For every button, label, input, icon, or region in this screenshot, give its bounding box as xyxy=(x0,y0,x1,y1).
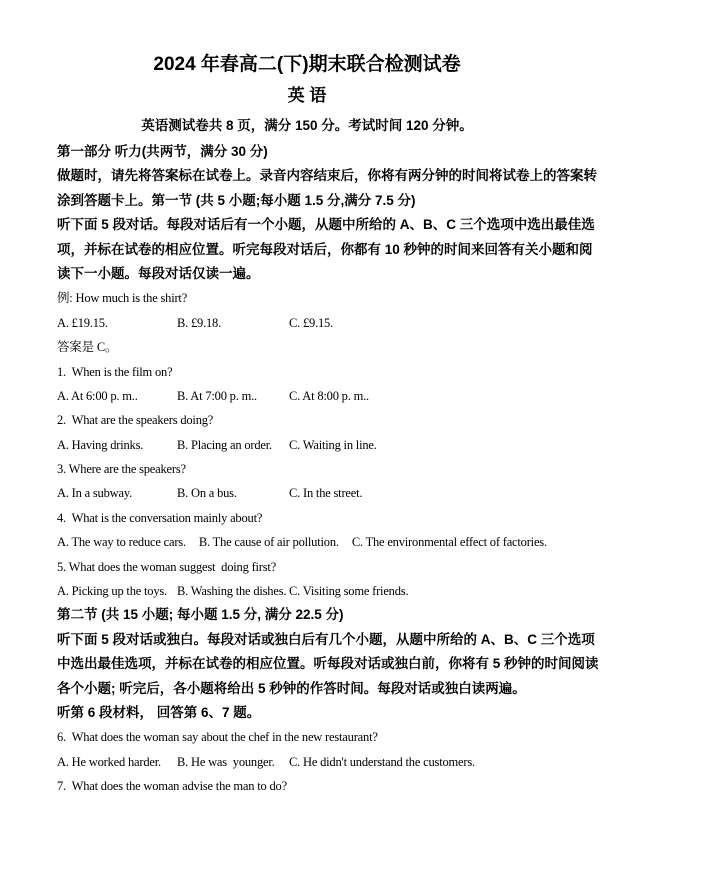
question-6-options: A. He worked harder. B. He was younger. … xyxy=(57,750,577,774)
question-5-text: 5. What does the woman suggest doing fir… xyxy=(57,555,577,579)
question-3-option-b: B. On a bus. xyxy=(177,481,289,505)
question-4-option-b: B. The cause of air pollution. xyxy=(199,530,339,554)
question-3-options: A. In a subway. B. On a bus. C. In the s… xyxy=(57,481,577,505)
question-5-option-a: A. Picking up the toys. xyxy=(57,579,177,603)
section2-intro-line1: 听下面 5 段对话或独白。每段对话或独白后有几个小题，从题中所给的 A、B、C … xyxy=(57,628,577,652)
question-2-option-c: C. Waiting in line. xyxy=(289,433,577,457)
part1-heading: 第一部分 听力(共两节，满分 30 分) xyxy=(57,140,577,164)
question-3-option-a: A. In a subway. xyxy=(57,481,177,505)
question-3-option-c: C. In the street. xyxy=(289,481,577,505)
question-1-options: A. At 6:00 p. m.. B. At 7:00 p. m.. C. A… xyxy=(57,384,577,408)
example-option-c: C. £9.15. xyxy=(289,311,577,335)
question-4-options: A. The way to reduce cars. B. The cause … xyxy=(57,530,577,554)
question-4-option-a: A. The way to reduce cars. xyxy=(57,530,186,554)
exam-notice: 英语测试卷共 8 页，满分 150 分。考试时间 120 分钟。 xyxy=(57,118,557,134)
question-6-option-c: C. He didn't understand the customers. xyxy=(289,750,577,774)
document-body: 2024 年春高二(下)期末联合检测试卷 英 语 英语测试卷共 8 页，满分 1… xyxy=(57,0,577,799)
section2-heading: 第二节 (共 15 小题; 每小题 1.5 分, 满分 22.5 分) xyxy=(57,603,577,627)
question-4-text: 4. What is the conversation mainly about… xyxy=(57,506,577,530)
question-6-option-b: B. He was younger. xyxy=(177,750,289,774)
question-2-options: A. Having drinks. B. Placing an order. C… xyxy=(57,433,577,457)
question-2-option-a: A. Having drinks. xyxy=(57,433,177,457)
question-2-option-b: B. Placing an order. xyxy=(177,433,289,457)
question-7-text: 7. What does the woman advise the man to… xyxy=(57,774,577,798)
section1-intro-line2: 项，并标在试卷的相应位置。听完每段对话后，你都有 10 秒钟的时间来回答有关小题… xyxy=(57,238,577,262)
part1-instructions-line1: 做题时，请先将答案标在试卷上。录音内容结束后，你将有两分钟的时间将试卷上的答案转 xyxy=(57,164,577,188)
question-5-option-b: B. Washing the dishes. xyxy=(177,579,289,603)
question-5-options: A. Picking up the toys. B. Washing the d… xyxy=(57,579,577,603)
exam-title: 2024 年春高二(下)期末联合检测试卷 xyxy=(57,54,557,76)
section2-intro-line3: 各个小题; 听完后，各小题将给出 5 秒钟的作答时间。每段对话或独白读两遍。 xyxy=(57,677,577,701)
example-option-a: A. £19.15. xyxy=(57,311,177,335)
question-1-option-b: B. At 7:00 p. m.. xyxy=(177,384,289,408)
part1-instructions-line2-section1-heading: 涂到答题卡上。第一节 (共 5 小题;每小题 1.5 分,满分 7.5 分) xyxy=(57,189,577,213)
example-answer: 答案是 C。 xyxy=(57,335,577,359)
question-1-option-c: C. At 8:00 p. m.. xyxy=(289,384,577,408)
example-options: A. £19.15. B. £9.18. C. £9.15. xyxy=(57,311,577,335)
section1-intro-line1: 听下面 5 段对话。每段对话后有一个小题，从题中所给的 A、B、C 三个选项中选… xyxy=(57,213,577,237)
section2-intro-line2: 中选出最佳选项，并标在试卷的相应位置。听每段对话或独白前，你将有 5 秒钟的时间… xyxy=(57,652,577,676)
question-2-text: 2. What are the speakers doing? xyxy=(57,408,577,432)
question-1-option-a: A. At 6:00 p. m.. xyxy=(57,384,177,408)
question-1-text: 1. When is the film on? xyxy=(57,360,577,384)
question-5-option-c: C. Visiting some friends. xyxy=(289,579,577,603)
section2-material6-heading: 听第 6 段材料， 回答第 6、7 题。 xyxy=(57,701,577,725)
question-3-text: 3. Where are the speakers? xyxy=(57,457,577,481)
example-question: 例: How much is the shirt? xyxy=(57,286,577,310)
exam-paper-page: { "colors": {"page_bg": "#ffffff", "text… xyxy=(0,0,701,877)
section1-intro-line3: 读下一小题。每段对话仅读一遍。 xyxy=(57,262,577,286)
example-option-b: B. £9.18. xyxy=(177,311,289,335)
question-6-option-a: A. He worked harder. xyxy=(57,750,177,774)
question-6-text: 6. What does the woman say about the che… xyxy=(57,725,577,749)
question-4-option-c: C. The environmental effect of factories… xyxy=(352,530,547,554)
subam-subject-title: 英 语 xyxy=(57,86,557,106)
